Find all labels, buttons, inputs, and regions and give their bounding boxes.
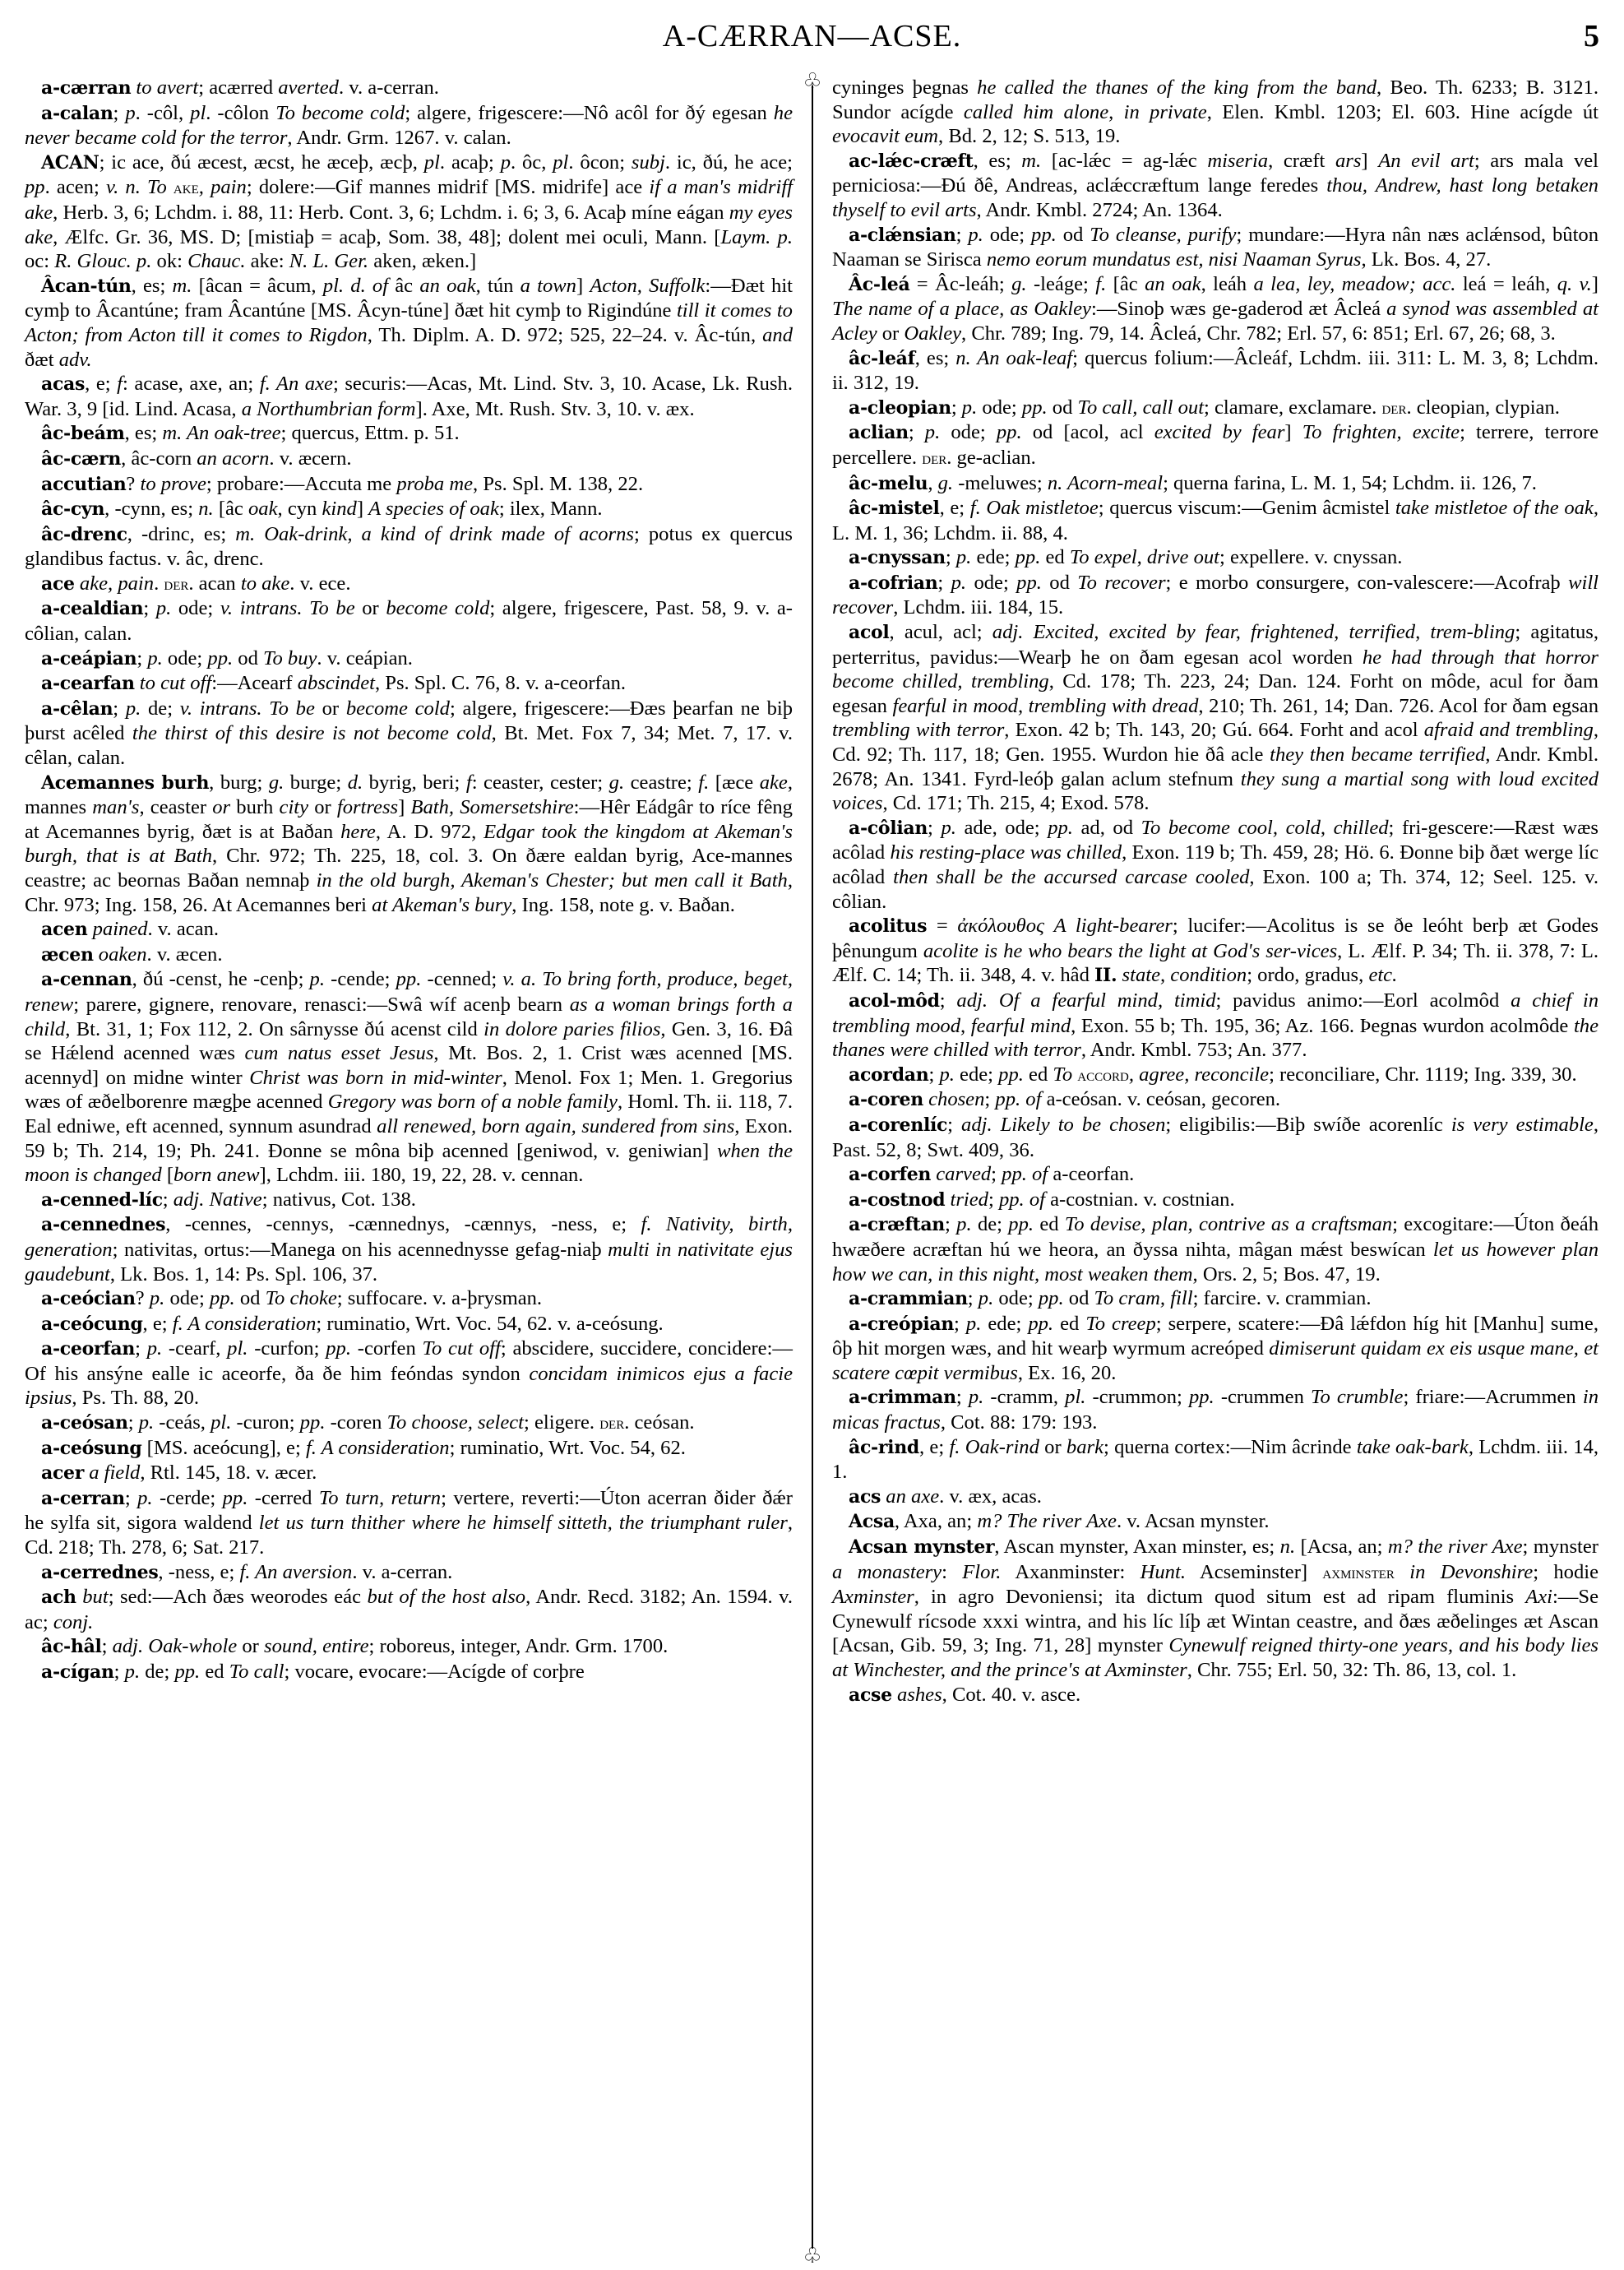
dictionary-entry: a-costnod tried; pp. of a-costnian. v. c… [832, 1188, 1599, 1213]
entry-gloss: city [280, 796, 309, 818]
entry-text: , Cot. 88: 179: 193. [941, 1411, 1098, 1434]
entry-gloss: N. L. Ger. [289, 250, 368, 272]
entry-text: der [922, 448, 946, 468]
entry-headword: âc-drenc [41, 524, 127, 545]
entry-text: ; quercus viscum:—Genim âcmistel [1099, 497, 1395, 519]
entry-gloss: ἀκόλουθος A light-bearer [957, 915, 1172, 937]
entry-gloss: m? the river Axe [1388, 1536, 1523, 1558]
entry-gloss: Laym. p. [721, 226, 793, 248]
entry-text: ; querna farina, L. M. 1, 54; Lchdm. ii.… [1163, 472, 1537, 494]
entry-gloss: , pain [199, 176, 247, 198]
entry-gloss: subj [632, 151, 665, 174]
entry-text: ; roboreus, integer, Andr. Grm. 1700. [369, 1635, 669, 1657]
entry-text: [ [162, 1164, 174, 1186]
entry-gloss: f. An axe [260, 373, 333, 395]
entry-text: od [1042, 572, 1077, 594]
entry-gloss: nemo eorum mundatus est, nisi Naaman Syr… [987, 248, 1362, 271]
entry-gloss: g. [269, 771, 284, 794]
dictionary-entry: Âcan-tún, es; m. [âcan = âcum, pl. d. of… [25, 274, 793, 372]
dictionary-entry: âc-melu, g. -meluwes; n. Acorn-meal; que… [832, 471, 1599, 497]
entry-gloss: abscindet [298, 672, 375, 694]
entry-text: , Rtl. 145, 18. v. æcer. [140, 1462, 317, 1484]
entry-gloss: in Devonshire [1395, 1561, 1533, 1583]
entry-text: . ge-aclian. [946, 447, 1036, 469]
entry-text: ; nativus, Cot. 138. [262, 1188, 416, 1211]
entry-text: byrig, beri; [363, 771, 466, 794]
entry-text: ; [988, 1188, 999, 1211]
entry-gloss: n. [1280, 1536, 1295, 1558]
entry-text: ; [954, 1313, 966, 1335]
entry-text: , Herb. 3, 6; Lchdm. i. 88, 11: Herb. Co… [53, 202, 729, 224]
dictionary-entry: âc-leáf, es; n. An oak-leaf; quercus fol… [832, 346, 1599, 396]
entry-text: , Chr. 755; Erl. 50, 32: Th. 86, 13, col… [1187, 1659, 1517, 1681]
entry-gloss: oak [248, 498, 278, 520]
entry-gloss: n. An oak-leaf [955, 347, 1072, 369]
dictionary-entry: a-cenned-líc; adj. Native; nativus, Cot.… [25, 1188, 793, 1213]
entry-gloss: f. Oak-rind [949, 1436, 1039, 1458]
entry-text: , [928, 472, 937, 494]
entry-gloss: pp. [396, 968, 422, 990]
dictionary-entry: Acsa, Axa, an; m? The river Axe. v. Acsa… [832, 1509, 1599, 1535]
entry-text: ; [991, 1163, 1002, 1185]
entry-text: : ceaster, cester; [472, 771, 609, 794]
entry-gloss: trembling with terror [832, 719, 1004, 741]
entry-text: ; ilex, Mann. [499, 498, 603, 520]
entry-gloss: m? The river Axe [977, 1510, 1117, 1532]
entry-headword: a-crimman [849, 1387, 956, 1408]
entry-text: ; vocare, evocare:—Acígde of corþre [284, 1661, 584, 1683]
entry-text: ], Lchdm. iii. 180, 19, 22, 28. v. cenna… [260, 1164, 584, 1186]
entry-gloss: p. [125, 1661, 140, 1683]
dictionary-entry: a-cnyssan; p. ede; pp. ed To expel, driv… [832, 545, 1599, 571]
entry-text: ; pavidus animo:—Eorl acolmôd [1216, 989, 1511, 1012]
entry-headword: a-ceápian [41, 648, 136, 669]
entry-gloss: m. [1021, 150, 1041, 172]
entry-gloss: To [1053, 1063, 1077, 1086]
entry-text: -cearf, [162, 1337, 227, 1360]
entry-gloss: a Northumbrian form [242, 398, 416, 420]
entry-gloss: p. [979, 1287, 993, 1309]
entry-text: der [1381, 398, 1406, 418]
entry-headword: âc-melu [849, 473, 928, 494]
entry-text: , Exon. 55 b; Th. 195, 36; Az. 166. Þegn… [1071, 1015, 1574, 1037]
entry-gloss: adv. [59, 349, 92, 371]
entry-text: . ôcon; [568, 151, 632, 174]
entry-gloss: pp [25, 176, 45, 198]
dictionary-entry: a-clǽnsian; p. ode; pp. od To cleanse, p… [832, 223, 1599, 272]
entry-text: -cramm, [983, 1386, 1065, 1408]
dictionary-entry: ach but; sed:—Ach ðæs weorodes eác but o… [25, 1585, 793, 1634]
entry-text: ; reconciliare, Chr. 1119; Ing. 339, 30. [1269, 1063, 1577, 1086]
entry-text: or [237, 1635, 264, 1657]
entry-headword: a-cealdian [41, 598, 143, 619]
entry-text: . v. æcern. [269, 447, 351, 470]
entry-text: II. [1094, 965, 1117, 986]
entry-text: od [1057, 224, 1090, 246]
entry-headword: acol-môd [849, 990, 940, 1012]
entry-text: , Bd. 2, 12; S. 513, 19. [938, 125, 1120, 147]
entry-text: od [1048, 396, 1078, 419]
entry-text: ] [398, 796, 410, 818]
dictionary-entry: acs an axe. v. æx, acas. [832, 1485, 1599, 1510]
entry-text: , es; [132, 275, 173, 297]
entry-headword: accutian [41, 474, 126, 495]
entry-text: . acan [188, 572, 241, 595]
entry-gloss: take mistletoe of the oak [1395, 497, 1594, 519]
entry-text: -cende; [325, 968, 396, 990]
entry-text: ; clamare, exclamare. [1204, 396, 1381, 419]
entry-gloss: fearful in mood, trembling with dread [892, 695, 1198, 717]
entry-gloss: to avert [131, 76, 198, 99]
entry-gloss: p. [147, 647, 162, 669]
entry-text: ede; [971, 546, 1015, 568]
entry-gloss: p. [941, 817, 955, 839]
entry-gloss: chosen [923, 1088, 984, 1110]
dictionary-entry: acer a field, Rtl. 145, 18. v. æcer. [25, 1461, 793, 1486]
dictionary-entry: a-cofrian; p. ode; pp. od To recover; e … [832, 571, 1599, 620]
entry-text: ]. Axe, Mt. Rush. Stv. 3, 10. v. æx. [416, 398, 695, 420]
entry-gloss: and [762, 324, 793, 346]
entry-headword: âc-beám [41, 423, 125, 444]
entry-text: , -drinc, es; [127, 523, 236, 545]
entry-text: , Ælfc. Gr. 36, MS. D; [mistiaþ = acaþ, … [53, 226, 720, 248]
entry-text: . v. Acsan mynster. [1117, 1510, 1270, 1532]
dictionary-entry: æcen oaken. v. æcen. [25, 943, 793, 968]
entry-gloss: but [76, 1586, 109, 1608]
entry-gloss: at Akeman's bury [372, 894, 511, 916]
entry-headword: âc-cærn [41, 448, 121, 470]
entry-text: a-costnian. v. costnian. [1045, 1188, 1235, 1211]
entry-gloss: f [117, 373, 123, 395]
entry-text: ; eligibilis:—Biþ swíðe acorenlíc [1165, 1114, 1450, 1136]
entry-gloss: To expel, drive out [1070, 546, 1219, 568]
entry-text: , Cd. 171; Th. 215, 4; Exod. 578. [882, 792, 1149, 814]
entry-text: , Ps. Spl. M. 138, 22. [473, 473, 643, 495]
entry-text: ; probare:—Accuta me [206, 473, 397, 495]
entry-headword: acen [41, 919, 87, 940]
entry-text: ; nativitas, ortus:—Manega on his acenne… [113, 1239, 608, 1261]
entry-gloss: pp. [223, 1487, 248, 1509]
entry-gloss: Bath, Somersetshire [410, 796, 573, 818]
entry-text: , Andr. Kmbl. 2724; An. 1364. [977, 199, 1223, 221]
entry-text: leá = leáh, [1455, 273, 1557, 295]
entry-gloss: a lea, ley, meadow; acc. [1253, 273, 1455, 295]
entry-text: ; ruminatio, Wrt. Voc. 54, 62. [450, 1437, 686, 1459]
dictionary-entry: ace ake, pain. der. acan to ake. v. ece. [25, 572, 793, 597]
entry-gloss: Acton, Suffolk [590, 275, 705, 297]
entry-text: or [355, 597, 386, 619]
entry-headword: âc-leáf [849, 348, 915, 369]
entry-text: ; [956, 1386, 969, 1408]
dictionary-entry: accutian? to prove; probare:—Accuta me p… [25, 472, 793, 498]
entry-gloss: carved [931, 1163, 991, 1185]
entry-text: ; eligere. [524, 1411, 599, 1434]
entry-gloss: R. Glouc. p. [54, 250, 151, 272]
dictionary-entry: a-ceósung [MS. aceócung], e; f. A consid… [25, 1436, 793, 1462]
entry-text: ; [909, 421, 925, 443]
entry-text: a-ceorfan. [1048, 1163, 1134, 1185]
entry-gloss: excited by fear [1154, 421, 1285, 443]
entry-gloss: oaken [94, 943, 147, 966]
entry-headword: Acsan mynster [849, 1536, 994, 1558]
entry-text: . v. æcen. [147, 943, 223, 966]
entry-text: , -cennes, -cennys, -cænnednys, -cænnys,… [165, 1213, 641, 1235]
dictionary-entry: âc-mistel, e; f. Oak mistletoe; quercus … [832, 496, 1599, 545]
entry-text: ; [928, 817, 941, 839]
entry-text: ceastre; [624, 771, 698, 794]
entry-text: or [308, 796, 337, 818]
entry-text: ; acærred [198, 76, 278, 99]
entry-text: axminster [1322, 1563, 1395, 1582]
entry-text: , Andr. Grm. 1267. v. calan. [287, 127, 511, 149]
dictionary-entry: acen pained. v. acan. [25, 917, 793, 943]
entry-text: , es; [915, 347, 955, 369]
entry-text: . [154, 572, 164, 595]
column-ornament-bottom-icon: ♧ [802, 2245, 823, 2267]
entry-gloss: p. [150, 1287, 164, 1309]
entry-gloss: q. v. [1557, 273, 1592, 295]
entry-text: de; [972, 1213, 1009, 1235]
entry-headword: Acemannes burh [41, 772, 209, 794]
entry-headword: a-clǽnsian [849, 225, 956, 246]
entry-text: ; [947, 1114, 961, 1136]
dictionary-entry: a-cealdian; p. ode; v. intrans. To be or… [25, 596, 793, 646]
entry-gloss: pp. [326, 1337, 351, 1360]
entry-text: , 210; Th. 261, 14; Dan. 726. Acol for ð… [1198, 695, 1599, 717]
entry-headword: Âc-leá [849, 274, 909, 295]
left-column: a-cærran to avert; acærred averted. v. a… [25, 76, 793, 1685]
entry-text: , e; [85, 373, 117, 395]
dictionary-entry: a-ceósan; p. -ceás, pl. -curon; pp. -cor… [25, 1411, 793, 1436]
entry-text: aken, æken.] [368, 250, 476, 272]
entry-gloss: an oak [419, 275, 475, 297]
entry-text: od [acol, acl [1022, 421, 1154, 443]
entry-text: ; quercus, Ettm. p. 51. [280, 422, 459, 444]
entry-text: a-ceósan. v. ceósan, gecoren. [1041, 1088, 1280, 1110]
entry-gloss: To turn, return [319, 1487, 441, 1509]
entry-gloss: To cut off [423, 1337, 501, 1360]
entry-headword: aclian [849, 422, 909, 443]
entry-gloss: To choke [266, 1287, 337, 1309]
entry-gloss: pp. [1031, 224, 1057, 246]
entry-headword: âc-mistel [849, 498, 940, 519]
entry-gloss: The name of a place, as Oakley [832, 298, 1091, 320]
entry-gloss: etc. [1368, 964, 1397, 986]
entry-gloss: pp. of [999, 1188, 1045, 1211]
entry-text: , Cot. 40. v. asce. [942, 1684, 1080, 1706]
dictionary-entry: âc-hâl; adj. Oak-whole or sound, entire;… [25, 1634, 793, 1660]
dictionary-entry: a-côlian; p. ade, ode; pp. ad, od To bec… [832, 816, 1599, 914]
entry-text: ; [928, 1063, 939, 1086]
entry-gloss: they then became terrified [1270, 744, 1485, 766]
entry-text: ed [1034, 1213, 1065, 1235]
page-number: 5 [1584, 18, 1599, 54]
entry-text: burge; [284, 771, 347, 794]
entry-gloss: g. [938, 472, 953, 494]
entry-gloss: p. [969, 1386, 983, 1408]
entry-text: ] [576, 275, 590, 297]
entry-gloss: n. [198, 498, 213, 520]
entry-gloss: p. [137, 1487, 152, 1509]
entry-gloss: Chauc. [187, 250, 245, 272]
entry-text: , Ex. 16, 20. [1018, 1362, 1117, 1384]
entry-text: ade, ode; [956, 817, 1048, 839]
entry-headword: âc-rind [849, 1437, 919, 1458]
entry-text: [ac-lǽc = ag-lǽc [1041, 150, 1207, 172]
entry-text: ; [143, 597, 155, 619]
entry-headword: a-creópian [849, 1313, 954, 1335]
entry-text: , e; [940, 497, 970, 519]
entry-text: ; ic ace, ðú æcest, æcst, he æceþ, æcþ, [99, 151, 424, 174]
dictionary-entry: âc-cærn, âc-corn an acorn. v. æcern. [25, 447, 793, 472]
entry-text: burh [230, 796, 279, 818]
entry-text: -cerde; [153, 1487, 223, 1509]
entry-gloss: here [340, 821, 376, 843]
entry-headword: a-cêlan [41, 698, 113, 720]
entry-text: ; querna cortex:—Nim âcrinde [1103, 1436, 1357, 1458]
entry-gloss: p. [156, 597, 171, 619]
entry-text: ; algere, frigescere:—Nô acôl for ðý ege… [405, 102, 773, 124]
dictionary-entry: ACAN; ic ace, ðú æcest, æcst, he æceþ, æ… [25, 151, 793, 274]
entry-gloss: p. [956, 546, 971, 568]
entry-gloss: take oak-bark [1357, 1436, 1469, 1458]
entry-text: [âc [214, 498, 248, 520]
entry-gloss: Oakley [904, 322, 961, 345]
dictionary-entry: acordan; p. ede; pp. ed To accord, agree… [832, 1063, 1599, 1088]
entry-gloss: pl. [227, 1337, 248, 1360]
entry-text: , Axa, an; [895, 1510, 977, 1532]
entry-gloss: To cram, fill [1094, 1287, 1193, 1309]
entry-text: , Ors. 2, 5; Bos. 47, 19. [1193, 1263, 1381, 1286]
entry-text: ; [128, 1411, 139, 1434]
entry-gloss: cum natus esset Jesus [244, 1042, 433, 1064]
entry-gloss: pp. [1008, 1213, 1034, 1235]
entry-text: . ic, ðú, he ace; [665, 151, 793, 174]
entry-headword: ac-lǽc-cræft [849, 151, 974, 172]
entry-gloss: fortress [337, 796, 398, 818]
entry-text: , in agro Devoniensi; ita dictum quod si… [914, 1586, 1525, 1608]
entry-gloss: To devise, plan, contrive as a craftsman [1065, 1213, 1392, 1235]
entry-gloss: m. An oak-tree [162, 422, 280, 444]
entry-gloss: v. intrans. To be [220, 597, 355, 619]
entry-headword: acol [849, 622, 889, 643]
entry-text: [Acsa, an; [1295, 1536, 1388, 1558]
dictionary-entry: a-cennednes, -cennes, -cennys, -cænnedny… [25, 1212, 793, 1286]
entry-gloss: is very estimable [1451, 1114, 1594, 1136]
entry-text: , acul, acl; [889, 621, 992, 643]
entry-text: , Lk. Bos. 1, 14: Ps. Spl. 106, 37. [110, 1263, 377, 1286]
running-head-title: A-CÆRRAN—ACSE. [0, 18, 1624, 54]
entry-gloss: p. [147, 1337, 162, 1360]
entry-headword: a-coren [849, 1089, 923, 1110]
entry-text: . v. ceápian. [317, 647, 413, 669]
entry-gloss: Christ was born in mid-winter [249, 1067, 502, 1089]
entry-text: = Âc-leáh; [909, 273, 1011, 295]
entry-text: ; [125, 1487, 137, 1509]
entry-text: ed [1040, 546, 1070, 568]
dictionary-entry: acse ashes, Cot. 40. v. asce. [832, 1683, 1599, 1708]
entry-gloss: p. [310, 968, 325, 990]
entry-text: de; [141, 697, 179, 720]
entry-text: ? [126, 473, 140, 495]
dictionary-entry: Acemannes burh, burg; g. burge; d. byrig… [25, 771, 793, 918]
entry-text: . v. æx, acas. [939, 1485, 1042, 1508]
entry-gloss: pp. [174, 1661, 200, 1683]
dictionary-entry: a-cearfan to cut off:—Acearf abscindet, … [25, 671, 793, 697]
entry-gloss: adj. Of a fearful mind, timid [956, 989, 1215, 1012]
entry-text: ; e morbo consurgere, con-valescere:—Aco… [1166, 572, 1569, 594]
entry-gloss: conj. [53, 1611, 94, 1633]
entry-gloss: An evil art [1378, 150, 1474, 172]
entry-gloss: p [501, 151, 511, 174]
entry-text: , Chr. 789; Ing. 79, 14. Âcleá, Chr. 782… [961, 322, 1556, 345]
entry-text: ] [1284, 421, 1302, 443]
dictionary-entry: a-coren chosen; pp. of a-ceósan. v. ceós… [832, 1087, 1599, 1113]
entry-gloss: adj. Oak-whole [113, 1635, 238, 1657]
right-column: cyninges þegnas he called the thanes of … [832, 76, 1599, 1707]
dictionary-entry: aclian; p. ode; pp. od [acol, acl excite… [832, 420, 1599, 470]
entry-gloss: a field [84, 1462, 140, 1484]
entry-gloss: v. intrans. To be [180, 697, 315, 720]
dictionary-entry: a-cærran to avert; acærred averted. v. a… [25, 76, 793, 101]
entry-gloss: pl [424, 151, 440, 174]
entry-text: ; friare:—Acrummen [1403, 1386, 1582, 1408]
entry-gloss: p. [126, 697, 141, 720]
entry-text: , es; [125, 422, 163, 444]
entry-text: -curfon; [248, 1337, 326, 1360]
entry-text: : [942, 1561, 962, 1583]
entry-headword: a-cleopian [849, 397, 951, 419]
entry-headword: acs [849, 1486, 881, 1508]
entry-headword: æcen [41, 944, 94, 966]
entry-gloss: d. [348, 771, 363, 794]
entry-gloss: the thirst of this desire is not become … [132, 722, 492, 744]
entry-gloss: pp. [207, 647, 233, 669]
entry-text: ; [163, 1188, 174, 1211]
entry-gloss: p [125, 102, 135, 124]
entry-text: -corfen [351, 1337, 423, 1360]
entry-text: , ceaster [139, 796, 212, 818]
entry-text: : acase, axe, an; [123, 373, 260, 395]
entry-gloss: To become cool, cold, chilled [1141, 817, 1389, 839]
entry-headword: a-cræftan [849, 1214, 945, 1235]
entry-headword: a-cerran [41, 1488, 125, 1509]
entry-text: . -côlon [206, 102, 275, 124]
entry-text: ode; [977, 396, 1022, 419]
entry-text: ed [200, 1661, 229, 1683]
entry-gloss: ake, pain [75, 572, 154, 595]
entry-headword: a-cenned-líc [41, 1189, 163, 1211]
entry-text: ; [135, 1337, 147, 1360]
entry-text: ; [951, 396, 962, 419]
entry-text: or [315, 697, 346, 720]
entry-gloss: pp. [1028, 1313, 1053, 1335]
entry-text: , es; [974, 150, 1022, 172]
dictionary-entry: âc-drenc, -drinc, es; m. Oak-drink, a ki… [25, 522, 793, 572]
dictionary-entry: âc-cyn, -cynn, es; n. [âc oak, cyn kind]… [25, 497, 793, 522]
entry-text: :—Sinoþ wæs ge-gaderod æt Âcleá [1091, 298, 1386, 320]
entry-gloss: an oak [1145, 273, 1201, 295]
entry-gloss: g. [1011, 273, 1026, 295]
entry-gloss: adj. Native [174, 1188, 262, 1211]
entry-gloss: pp. [1022, 396, 1048, 419]
entry-text: -leáge; [1027, 273, 1096, 295]
entry-gloss: let us turn thither where he himself sit… [259, 1512, 788, 1534]
entry-text: -crummon; [1085, 1386, 1189, 1408]
entry-text: or [877, 322, 905, 345]
dictionary-entry: Acsan mynster, Ascan mynster, Axan minst… [832, 1535, 1599, 1683]
entry-headword: âc-cyn [41, 498, 104, 520]
